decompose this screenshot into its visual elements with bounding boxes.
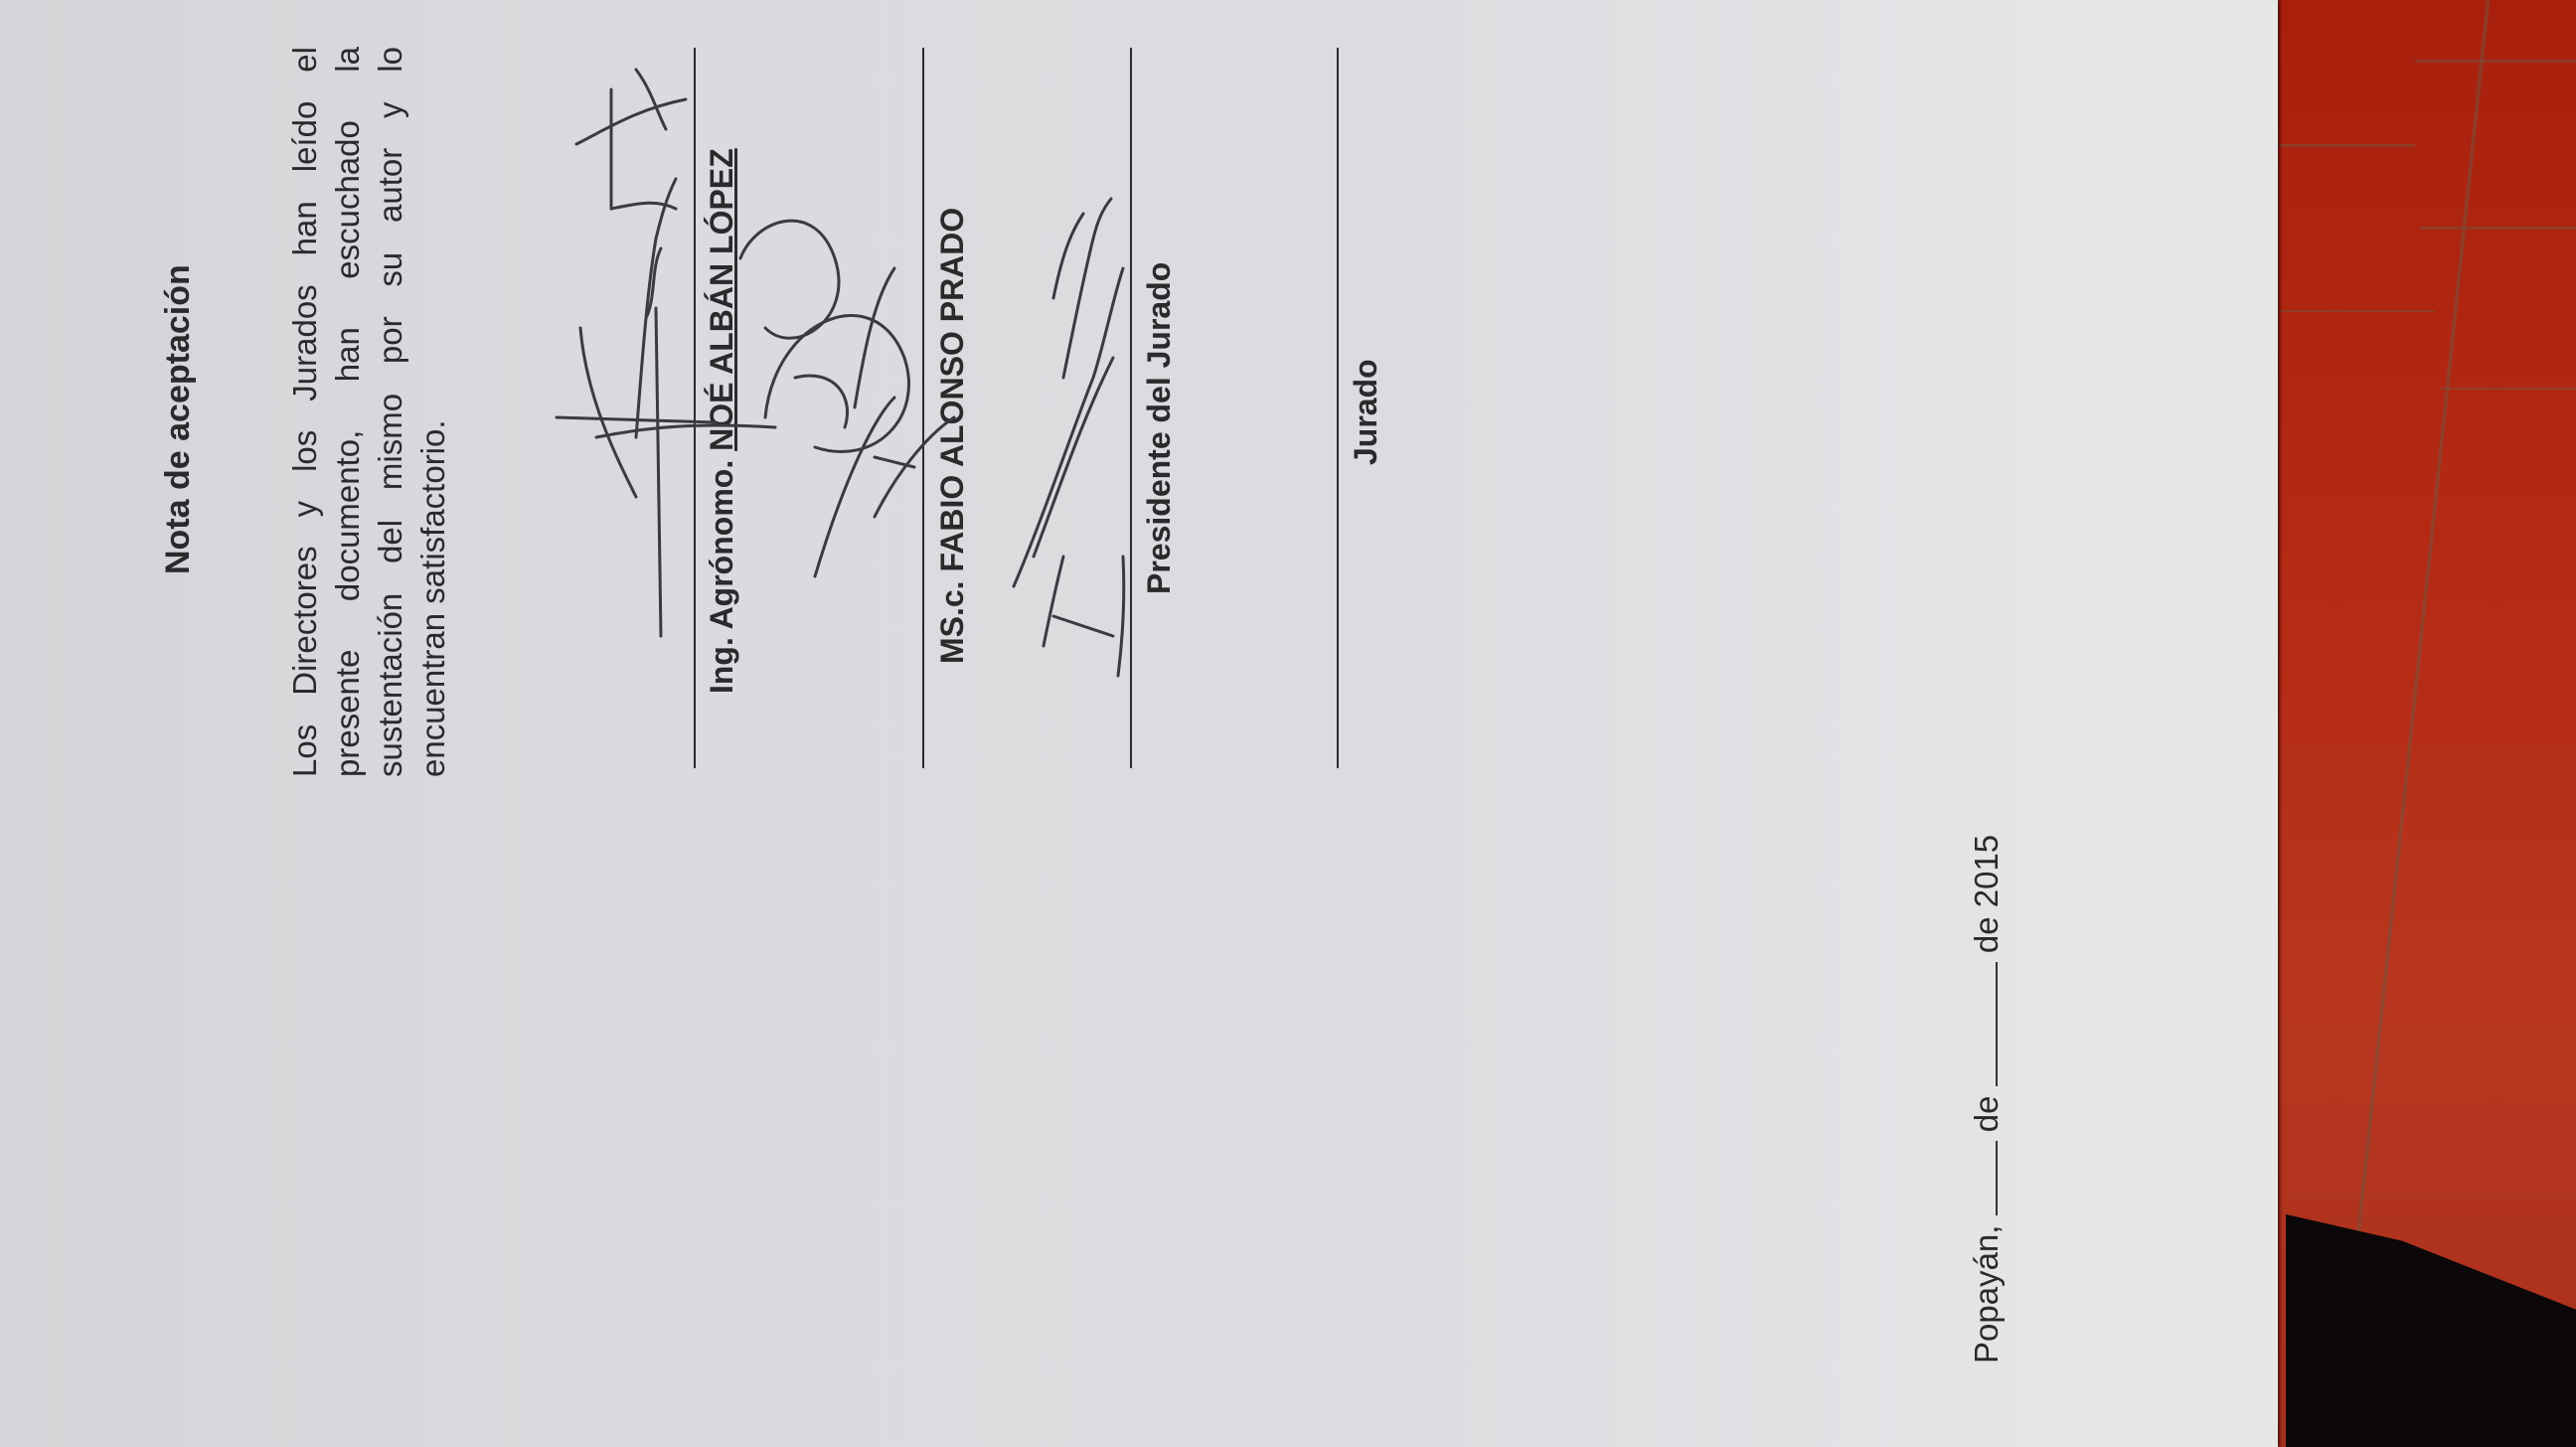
day-blank xyxy=(1996,1141,1998,1215)
tile-grout xyxy=(2276,144,2415,147)
paragraph-line: encuentran satisfactorio. xyxy=(411,47,454,777)
tile-grout xyxy=(2334,0,2490,1447)
tile-grout xyxy=(2415,60,2576,63)
tile-grout xyxy=(2440,388,2576,390)
year-label: de 2015 xyxy=(1968,835,2005,953)
signature-line-3 xyxy=(1130,48,1132,768)
signer-1-fullname: NOÉ ALBÁN LÓPEZ xyxy=(704,148,739,451)
signature-president xyxy=(1014,199,1124,676)
tile-grout xyxy=(2276,310,2435,312)
signer-2-title: MS.c. xyxy=(934,572,970,664)
date-line: Popayán, de de 2015 xyxy=(1968,835,2006,1364)
acceptance-paragraph: Los Directores y los Jurados han leído e… xyxy=(283,47,454,777)
city-label: Popayán, xyxy=(1968,1225,2005,1364)
tile-grout xyxy=(2420,227,2576,230)
document-page: Nota de aceptación Los Directores y los … xyxy=(0,0,2278,1447)
paragraph-line: presente documento, han escuchado la xyxy=(326,47,369,777)
jury-member-label: Jurado xyxy=(1348,359,1384,465)
paragraph-line: Los Directores y los Jurados han leído e… xyxy=(283,47,326,777)
paragraph-line: sustentación del mismo por su autor y lo xyxy=(369,47,411,777)
page-title: Nota de aceptación xyxy=(159,264,198,574)
signer-1-name: Ing. Agrónomo. NOÉ ALBÁN LÓPEZ xyxy=(704,148,740,694)
signature-noe-alban xyxy=(557,70,775,636)
signature-line-1 xyxy=(694,48,696,768)
signer-1-title: Ing. Agrónomo. xyxy=(704,451,739,694)
month-blank xyxy=(1996,962,1998,1086)
de-label: de xyxy=(1968,1095,2005,1132)
signature-line-4 xyxy=(1337,48,1339,768)
signature-line-2 xyxy=(922,48,924,768)
jury-president-label: Presidente del Jurado xyxy=(1141,262,1178,594)
signer-2-name: MS.c. FABIO ALONSO PRADO xyxy=(934,208,971,664)
signer-2-fullname: FABIO ALONSO PRADO xyxy=(934,208,970,572)
